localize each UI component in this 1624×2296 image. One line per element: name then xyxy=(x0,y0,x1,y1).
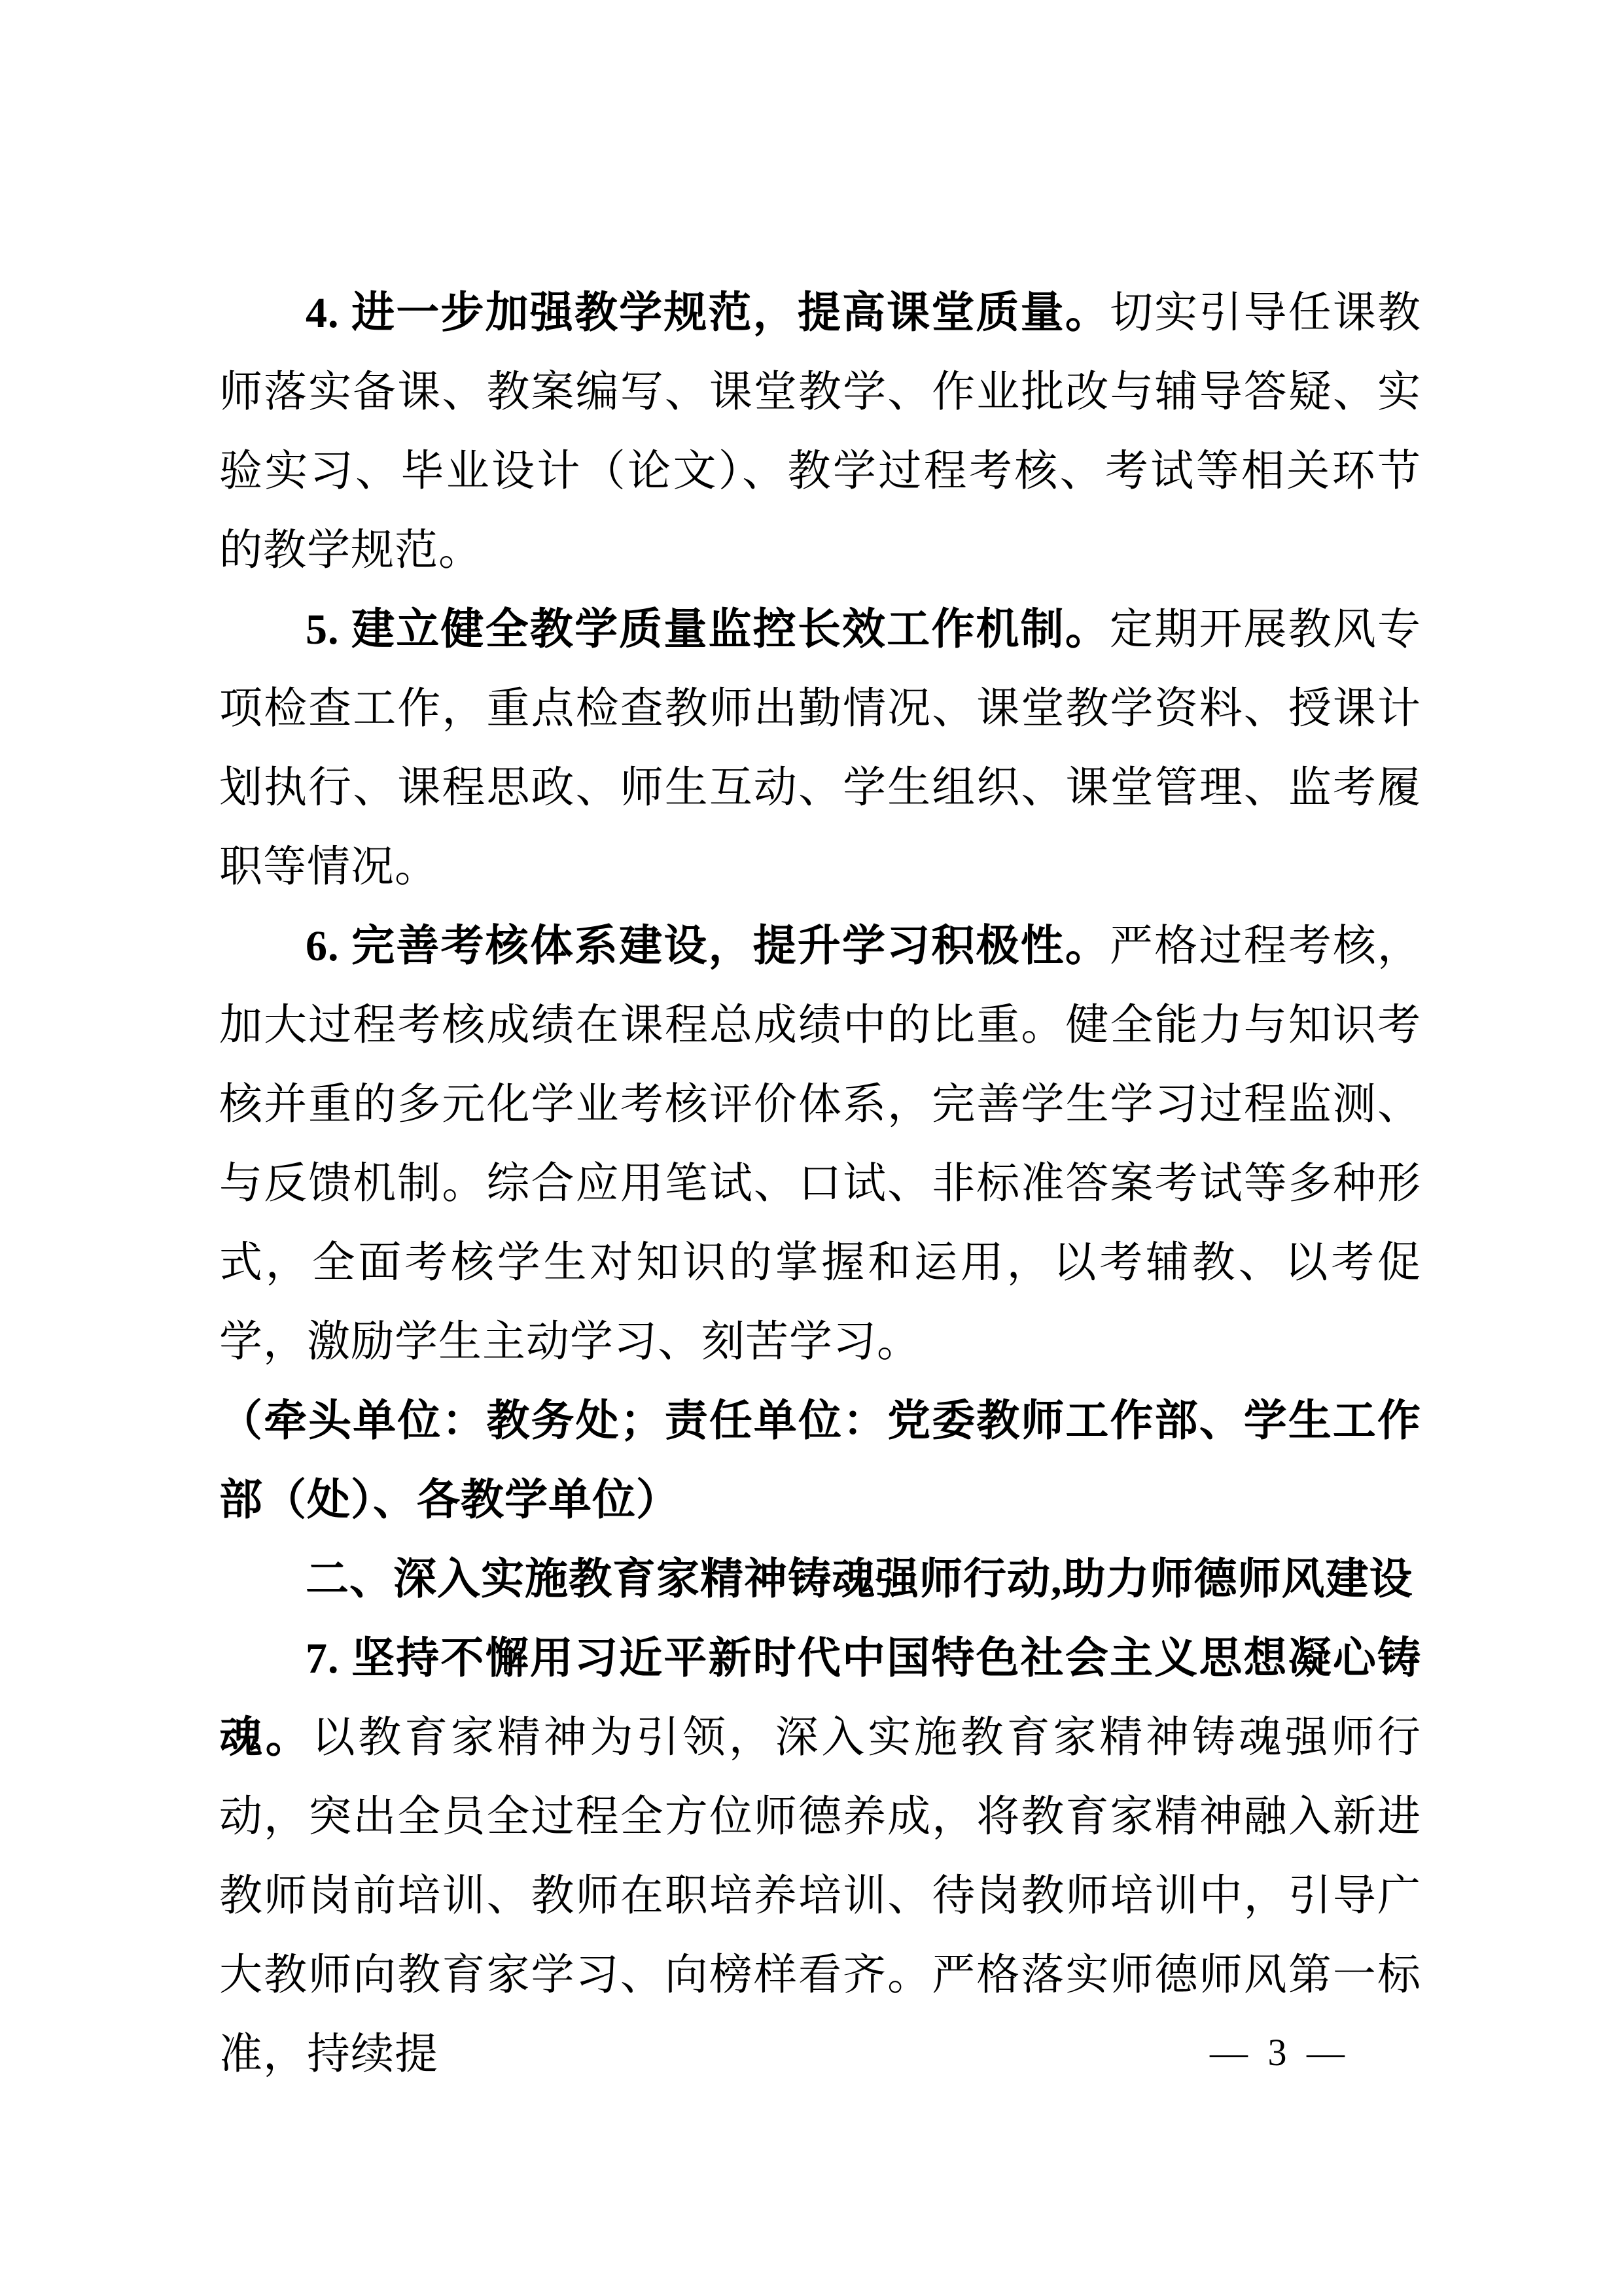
paragraph-item-6: 6. 完善考核体系建设，提升学习积极性。严格过程考核，加大过程考核成绩在课程总成… xyxy=(219,907,1421,1382)
paragraph-item-5: 5. 建立健全教学质量监控长效工作机制。定期开展教风专项检查工作，重点检查教师出… xyxy=(219,590,1421,907)
paragraph-body: 以教育家精神为引领，深入实施教育家精神铸魂强师行动，突出全员全过程全方位师德养成… xyxy=(219,1714,1421,2078)
document-page: 4. 进一步加强教学规范，提高课堂质量。切实引导任课教师落实备课、教案编写、课堂… xyxy=(0,0,1624,2296)
paragraph-lead: 4. 进一步加强教学规范，提高课堂质量。 xyxy=(306,289,1110,337)
paragraph-lead: 6. 完善考核体系建设，提升学习积极性。 xyxy=(306,922,1110,970)
document-body: 4. 进一步加强教学规范，提高课堂质量。切实引导任课教师落实备课、教案编写、课堂… xyxy=(219,273,1421,2094)
paragraph-responsible-units: （牵头单位：教务处；责任单位：党委教师工作部、学生工作部（处）、各教学单位） xyxy=(219,1382,1421,1540)
paragraph-item-4: 4. 进一步加强教学规范，提高课堂质量。切实引导任课教师落实备课、教案编写、课堂… xyxy=(219,273,1421,590)
paragraph-body: 严格过程考核，加大过程考核成绩在课程总成绩中的比重。健全能力与知识考核并重的多元… xyxy=(219,922,1421,1366)
paragraph-lead: （牵头单位：教务处；责任单位：党委教师工作部、学生工作部（处）、各教学单位） xyxy=(219,1397,1421,1524)
paragraph-lead: 5. 建立健全教学质量监控长效工作机制。 xyxy=(306,606,1110,653)
paragraph-lead: 二、深入实施教育家精神铸魂强师行动,助力师德师风建设 xyxy=(306,1556,1413,1603)
paragraph-section-2-heading: 二、深入实施教育家精神铸魂强师行动,助力师德师风建设 xyxy=(219,1540,1421,1619)
paragraph-item-7: 7. 坚持不懈用习近平新时代中国特色社会主义思想凝心铸魂。以教育家精神为引领，深… xyxy=(219,1619,1421,2094)
page-number: — 3 — xyxy=(1210,2029,1350,2076)
